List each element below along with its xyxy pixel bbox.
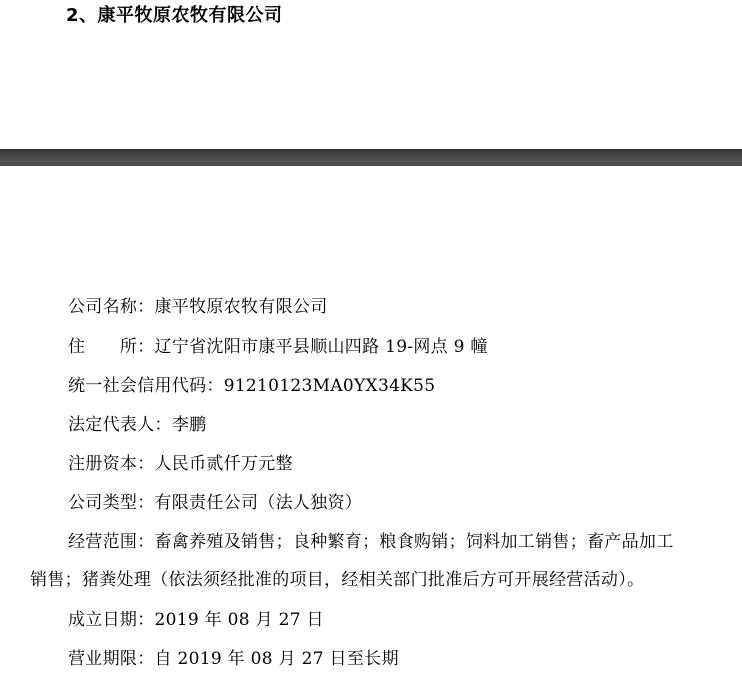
field-label: 住 所： <box>68 337 155 357</box>
field-label: 法定代表人： <box>68 415 172 435</box>
field-label: 成立日期： <box>68 610 155 630</box>
field-value: 李鹏 <box>172 415 207 435</box>
field-label: 统一社会信用代码： <box>68 376 224 396</box>
field-registered-capital: 注册资本：人民币贰仟万元整 <box>68 453 293 475</box>
field-business-scope-continued: 销售；猪粪处理（依法须经批准的项目，经相关部门批准后方可开展经营活动）。 <box>30 569 644 591</box>
page-separator <box>0 149 742 166</box>
field-value: 销售；猪粪处理（依法须经批准的项目，经相关部门批准后方可开展经营活动）。 <box>30 570 644 590</box>
field-value: 畜禽养殖及销售；良种繁育；粮食购销；饲料加工销售；畜产品加工 <box>155 532 674 552</box>
field-established-date: 成立日期：2019 年 08 月 27 日 <box>68 609 324 631</box>
field-value: 有限责任公司（法人独资） <box>155 493 363 513</box>
field-value: 91210123MA0YX34K55 <box>224 376 436 396</box>
field-legal-representative: 法定代表人：李鹏 <box>68 414 206 436</box>
field-value: 辽宁省沈阳市康平县顺山四路 19-网点 9 幢 <box>155 337 488 357</box>
field-address: 住 所：辽宁省沈阳市康平县顺山四路 19-网点 9 幢 <box>68 336 488 358</box>
field-business-scope: 经营范围：畜禽养殖及销售；良种繁育；粮食购销；饲料加工销售；畜产品加工 <box>68 531 674 553</box>
field-value: 2019 年 08 月 27 日 <box>155 610 324 630</box>
field-company-type: 公司类型：有限责任公司（法人独资） <box>68 492 362 514</box>
field-value: 自 2019 年 08 月 27 日至长期 <box>155 649 399 669</box>
field-credit-code: 统一社会信用代码：91210123MA0YX34K55 <box>68 375 435 397</box>
field-label: 注册资本： <box>68 454 155 474</box>
field-label: 公司类型： <box>68 493 155 513</box>
field-value: 康平牧原农牧有限公司 <box>155 297 328 317</box>
field-company-name: 公司名称：康平牧原农牧有限公司 <box>68 296 328 318</box>
field-business-term: 营业期限：自 2019 年 08 月 27 日至长期 <box>68 648 399 670</box>
field-label: 经营范围： <box>68 532 155 552</box>
field-label: 营业期限： <box>68 649 155 669</box>
field-value: 人民币贰仟万元整 <box>155 454 293 474</box>
section-heading: 2、康平牧原农牧有限公司 <box>66 4 283 28</box>
field-label: 公司名称： <box>68 297 155 317</box>
